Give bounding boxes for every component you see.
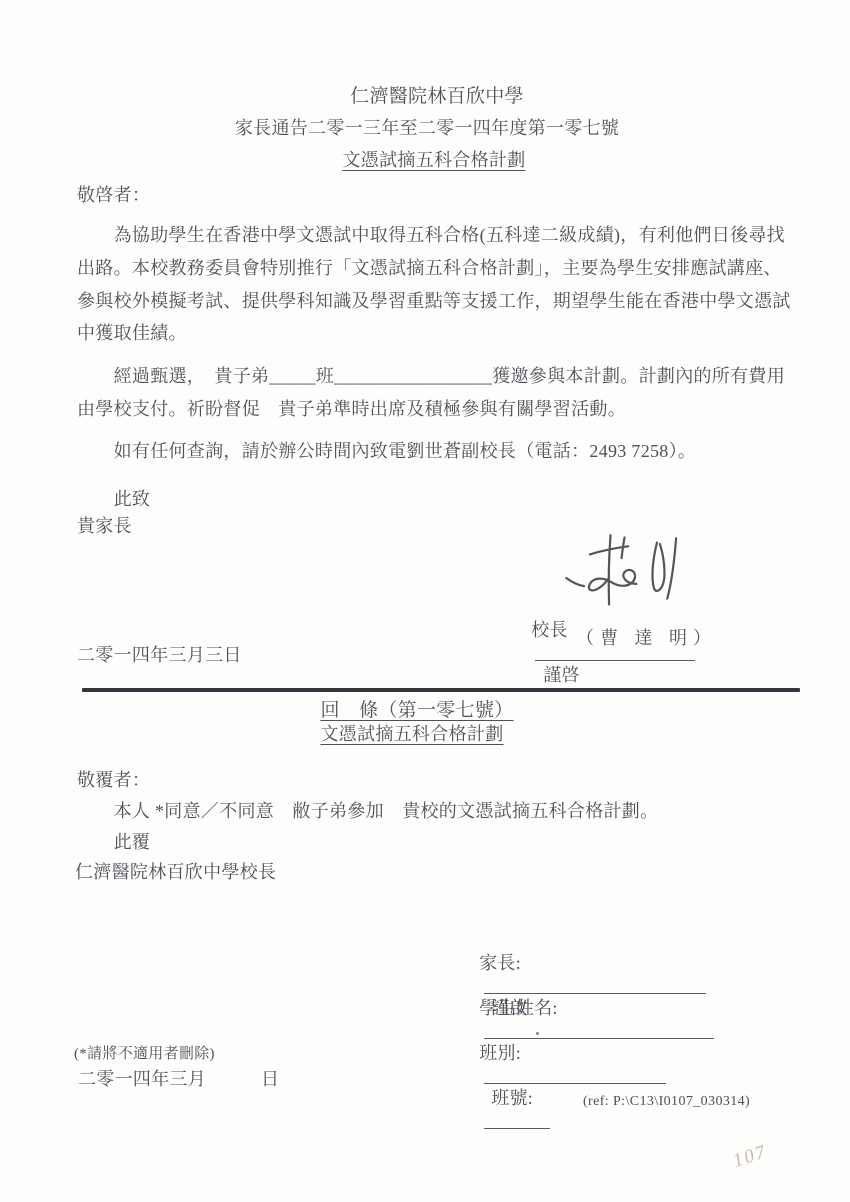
principal-name: （曹 達 明） [576, 627, 717, 650]
reply-slip-title: 回 條（第一零七號） [0, 699, 842, 723]
subject-title: 文憑試摘五科合格計劃 [9, 149, 850, 172]
reply-closing: 此覆 [77, 831, 150, 854]
section-divider-line [82, 688, 800, 692]
class-line [484, 1064, 666, 1084]
sign-off: 謹啓 [543, 665, 580, 685]
reply-salutation: 敬覆者： [77, 769, 150, 792]
scanned-letter-page: 仁濟醫院林百欣中學 家長通告二零一三年至二零一四年度第一零七號 文憑試摘五科合格… [0, 0, 850, 1202]
reply-date-line: 二零一四年三月 日 [78, 1068, 279, 1091]
para2-line1: 經過甄選， 貴子弟_____班_________________獲邀參與本計劃。… [77, 365, 785, 388]
salutation: 敬啓者： [77, 184, 150, 207]
para1-line3: 參與校外模擬考試、提供學科知識及學習重點等支援工作，期望學生能在香港中學文憑試 [77, 290, 791, 313]
para2-line2: 由學校支付。祈盼督促 貴子弟準時出席及積極參與有關學習活動。 [77, 398, 626, 421]
parent-label: 家長: [479, 953, 521, 973]
para1-line4: 中獲取佳績。 [77, 322, 187, 345]
recipient: 貴家長 [77, 515, 132, 538]
delete-inapplicable-footnote: (*請將不適用者刪除) [74, 1045, 215, 1064]
class-no-line [484, 1109, 550, 1129]
student-name-label: 學生姓名: [479, 998, 558, 1018]
class-row: 班別: 班號: [460, 1019, 666, 1154]
class-no-label: 班號: [491, 1088, 533, 1108]
closing-cide: 此致 [77, 488, 150, 511]
file-reference: (ref: P:\C13\I0107_030314) [583, 1093, 750, 1111]
para3-enquiry-line: 如有任何查詢，請於辦公時間內致電劉世蒼副校長（電話：2493 7258）。 [77, 440, 696, 463]
notice-number-line: 家長通告二零一三年至二零一四年度第一零七號 [2, 117, 850, 140]
para1-line2: 出路。本校教務委員會特別推行「文憑試摘五科合格計劃」，主要為學生安排應試講座、 [77, 257, 782, 280]
para1-line1: 為協助學生在香港中學文憑試中取得五科合格(五科達二級成績)，有利他們日後尋找 [77, 224, 785, 247]
letter-date: 二零一四年三月三日 [77, 644, 242, 667]
reply-addressee: 仁濟醫院林百欣中學校長 [75, 861, 276, 884]
handwritten-pencil-number: 107 [730, 1141, 770, 1173]
class-label: 班別: [479, 1043, 521, 1063]
principal-label: 校長 [531, 620, 568, 640]
school-name: 仁濟醫院林百欣中學 [12, 85, 850, 109]
consent-line: 本人 *同意／不同意 敝子弟參加 貴校的文憑試摘五科合格計劃。 [77, 800, 658, 823]
reply-slip-subtitle: 文憑試摘五科合格計劃 [0, 723, 837, 746]
